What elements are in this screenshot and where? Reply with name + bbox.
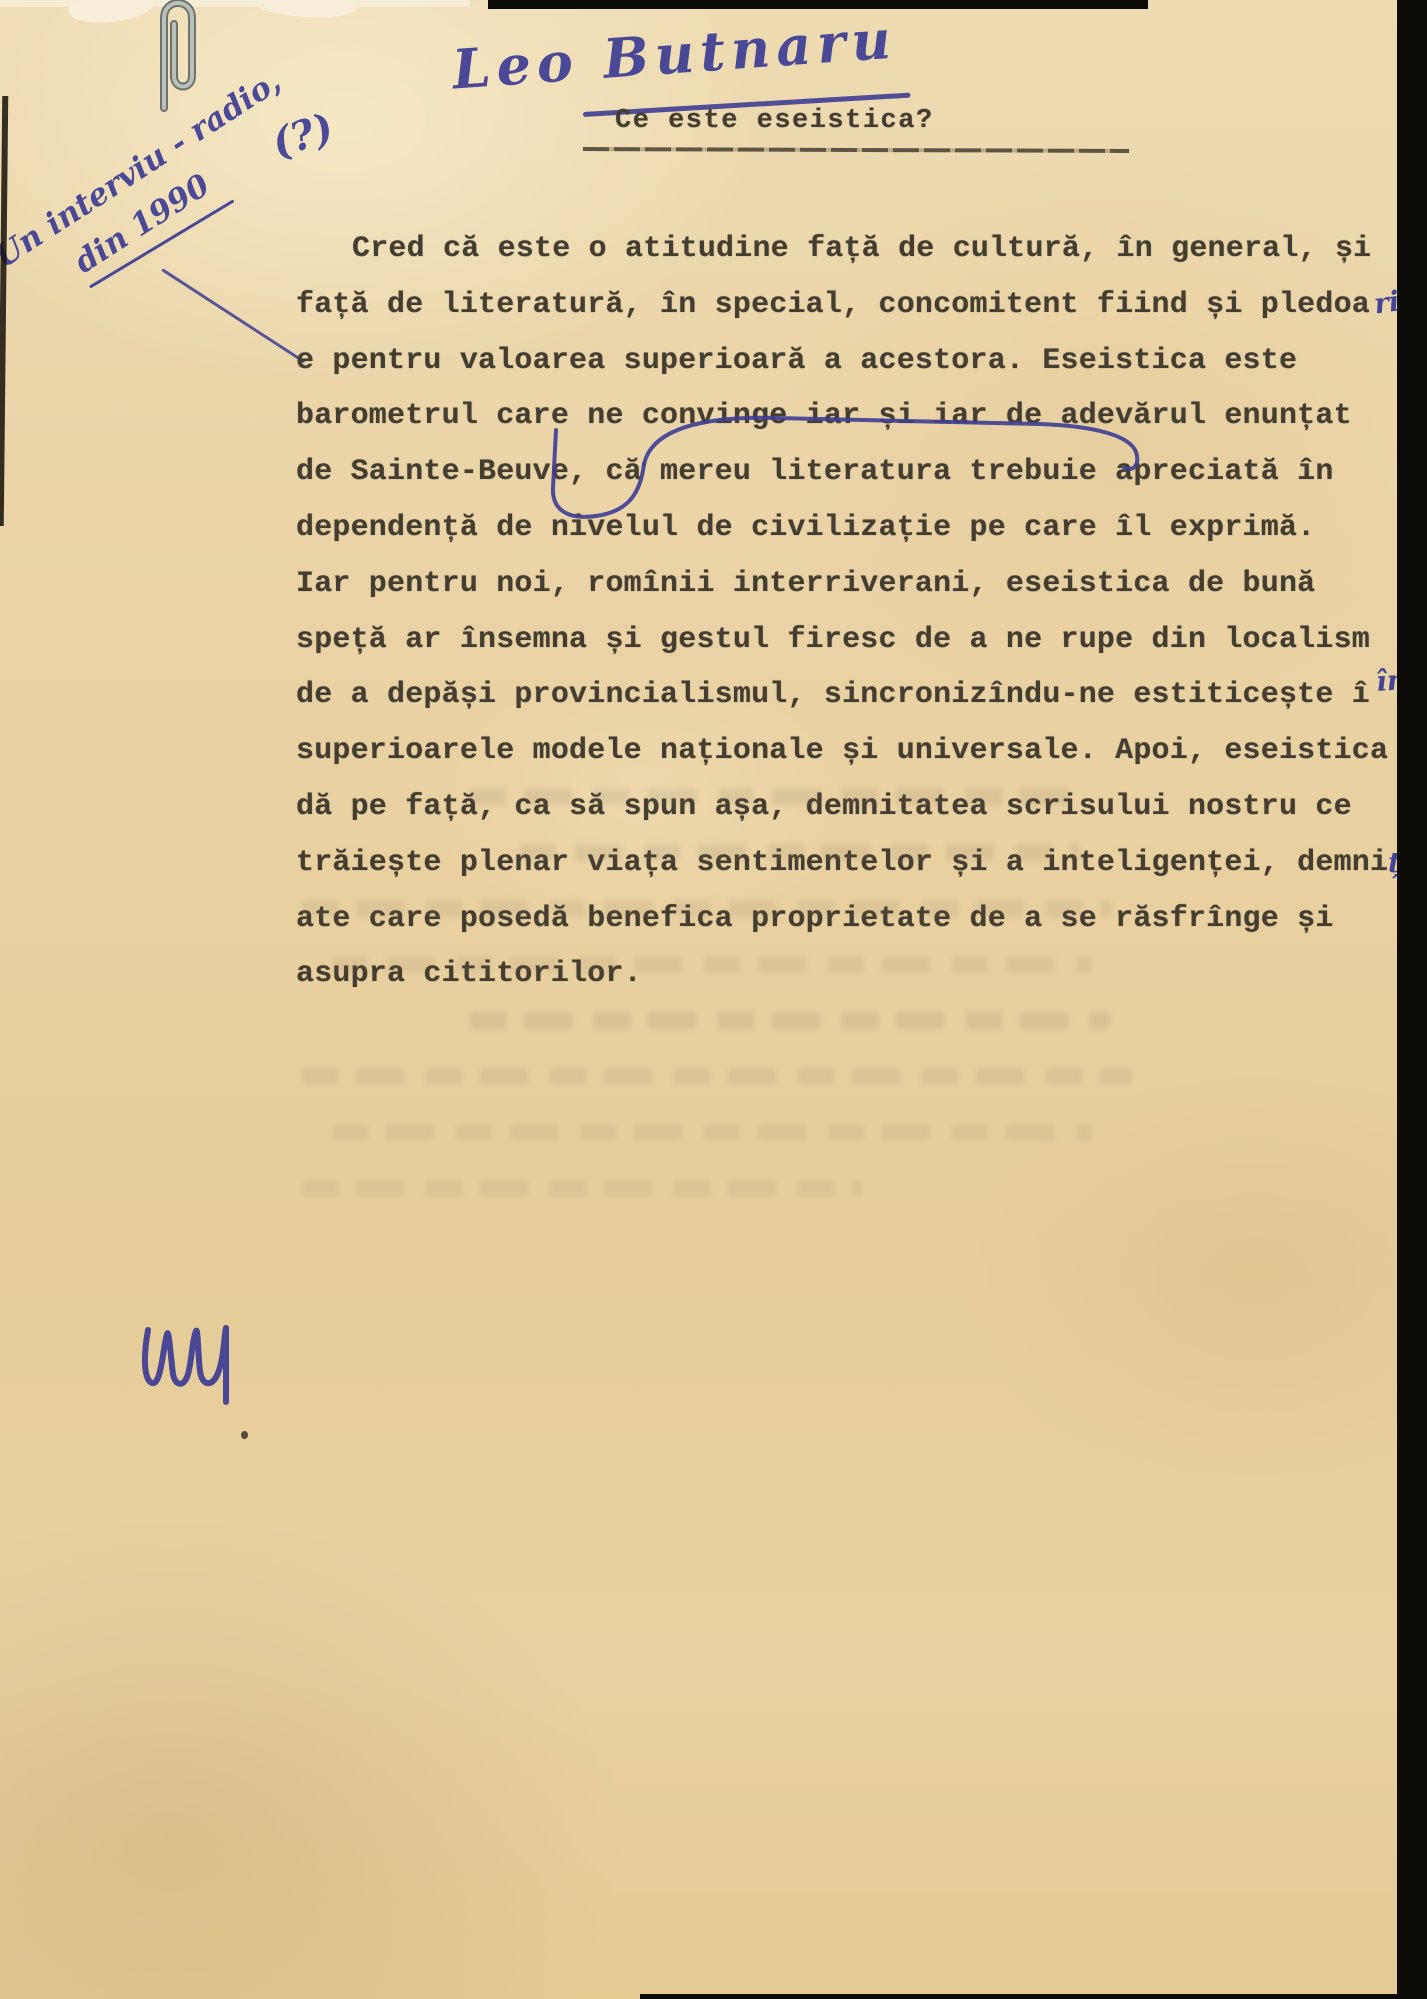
proofreading-loop-mark	[540, 402, 1160, 547]
typed-line: speță ar însemna și gestul firesc de a n…	[296, 613, 1408, 669]
scanner-edge-bottom	[640, 1994, 1397, 1999]
scanner-edge-right	[1397, 0, 1427, 1999]
typed-line: e pentru valoarea superioară a acestora.…	[296, 334, 1408, 390]
typed-line: ate care posedă benefica proprietate de …	[296, 892, 1408, 948]
typed-line: trăiește plenar viața sentimentelor și a…	[296, 836, 1408, 892]
typed-line: asupra cititorilor.	[296, 947, 1408, 1003]
typed-line: de a depăși provincialismul, sincronizîn…	[296, 668, 1408, 724]
handwritten-monogram	[138, 1318, 238, 1419]
typed-body-paragraph: Cred că este o atitudine față de cultură…	[296, 222, 1408, 1003]
typed-line: față de literatură, în special, concomit…	[296, 278, 1408, 334]
scanner-edge-top	[488, 0, 1148, 9]
typed-line: dă pe față, ca să spun așa, demnitatea s…	[296, 780, 1408, 836]
paperclip-icon	[142, 0, 212, 119]
typed-line: Cred că este o atitudine față de cultură…	[296, 222, 1408, 278]
page-title: Ce este eseistica?	[615, 106, 934, 136]
typed-line: Iar pentru noi, romînii interriverani, e…	[296, 557, 1408, 613]
torn-paper-edge	[251, 0, 356, 21]
typed-line: superioarele modele naționale și univers…	[296, 724, 1408, 780]
ink-dot	[241, 1431, 248, 1439]
